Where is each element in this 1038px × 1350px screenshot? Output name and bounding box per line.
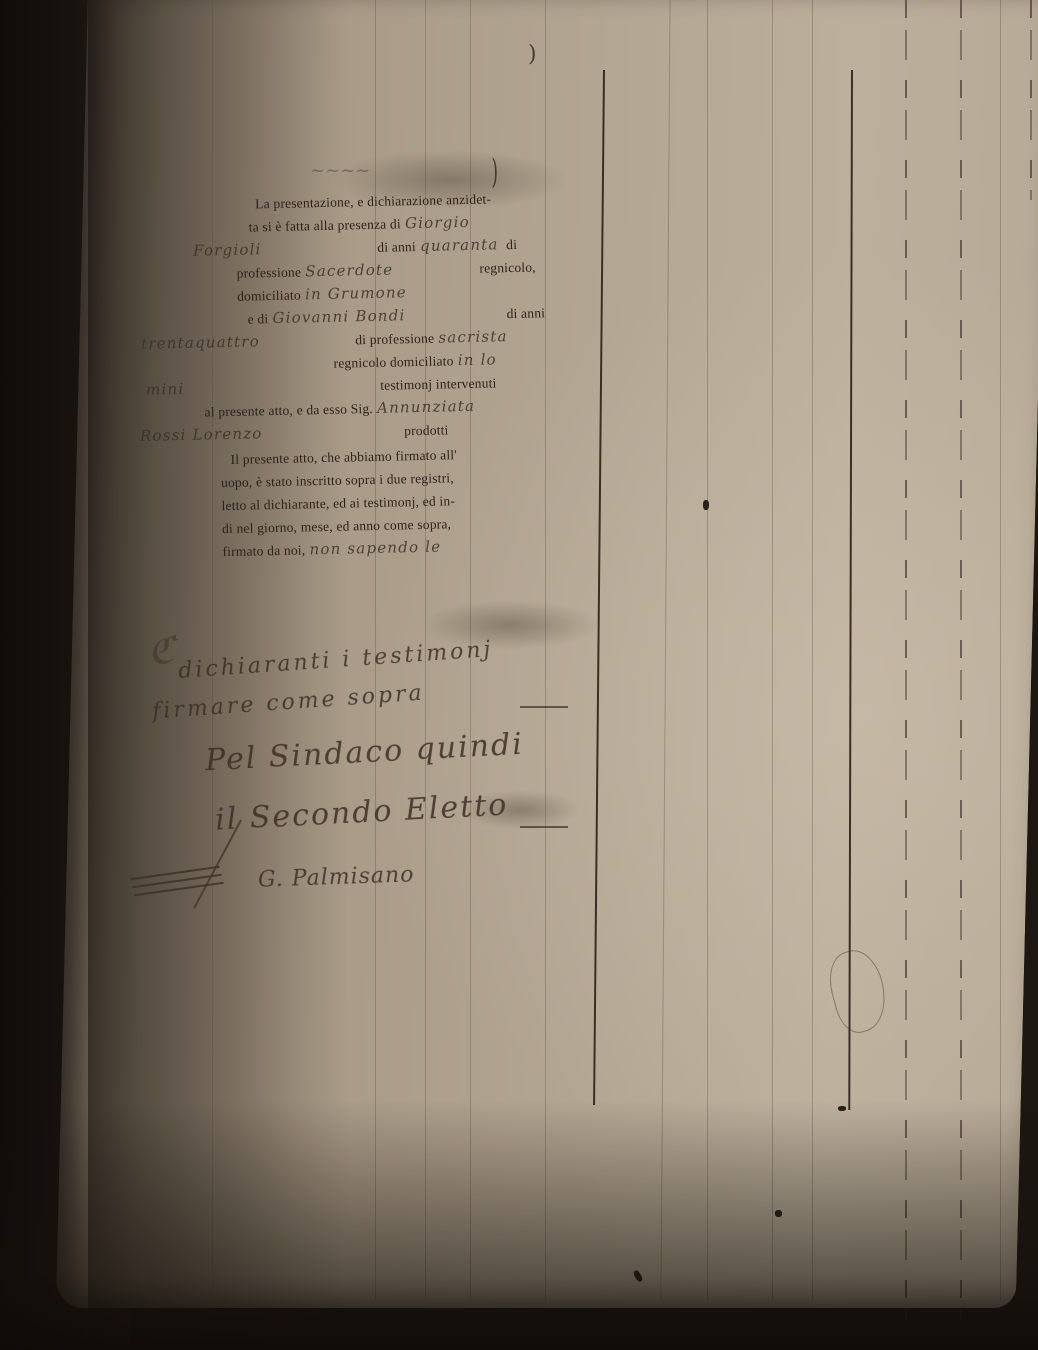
handwritten-declarant: Annunziata bbox=[377, 397, 475, 417]
printed-text: ta si è fatta alla presenza di bbox=[249, 216, 401, 234]
handwritten-witness1-first: Giorgio bbox=[405, 213, 470, 232]
printed-text: professione bbox=[237, 264, 302, 280]
printed-text: prodotti bbox=[404, 422, 449, 438]
printed-text: di anni bbox=[377, 239, 416, 255]
printed-text: regnicolo, bbox=[479, 260, 536, 276]
registry-form: La presentazione, e dichiarazione anzide… bbox=[130, 185, 598, 565]
printed-text: al presente atto, e da esso Sig. bbox=[204, 401, 373, 420]
dashed-ruled-line bbox=[1030, 0, 1032, 200]
ruled-line bbox=[812, 0, 813, 1300]
ruled-line bbox=[707, 0, 708, 1300]
ink-speck bbox=[775, 1210, 782, 1217]
handwritten-witness2-domicile: in lo bbox=[458, 350, 497, 369]
printed-text: La presentazione, e dichiarazione anzide… bbox=[255, 191, 491, 211]
ruled-line bbox=[772, 0, 773, 1300]
printed-text: di anni bbox=[506, 305, 545, 321]
printed-text: e di bbox=[247, 311, 268, 326]
printed-text: letto al dichiarante, ed ai testimonj, e… bbox=[221, 493, 455, 513]
document-photo: ) ) ~~~~ La presentazione, e dichiarazio… bbox=[0, 0, 1038, 1350]
top-scrawl: ~~~~ bbox=[310, 160, 370, 181]
dashed-ruled-line bbox=[905, 0, 907, 1320]
printed-text: di bbox=[506, 237, 517, 252]
flourish-mark: ℭ bbox=[148, 628, 175, 672]
printed-text: domiciliato bbox=[237, 287, 301, 303]
handwritten-witness1-domicile: in Grumone bbox=[305, 283, 407, 303]
handwritten-witness1-age: quaranta bbox=[420, 233, 502, 258]
ruled-line bbox=[1000, 0, 1001, 1300]
ink-speck bbox=[703, 500, 709, 510]
handwritten-declarant-detail: Rossi Lorenzo bbox=[140, 419, 400, 447]
printed-text: di professione bbox=[355, 331, 434, 348]
ink-speck bbox=[838, 1106, 846, 1111]
dashed-ruled-line bbox=[960, 0, 962, 1320]
dash-mark bbox=[520, 826, 568, 828]
printed-text: regnicolo domiciliato bbox=[333, 353, 453, 371]
printed-text: firmato da noi, bbox=[222, 542, 305, 559]
handwritten-witness2-profession: sacrista bbox=[438, 327, 508, 346]
dash-mark bbox=[520, 706, 568, 708]
printed-text: Il presente atto, che abbiamo firmato al… bbox=[230, 447, 457, 467]
handwritten-closing-note: non sapendo le bbox=[309, 538, 441, 559]
bracket-mark: ) bbox=[491, 152, 498, 192]
printed-text: di nel giorno, mese, ed anno come sopra, bbox=[222, 516, 451, 536]
top-bracket-mark: ) bbox=[528, 42, 537, 67]
printed-text: uopo, è stato inscritto sopra i due regi… bbox=[221, 470, 454, 490]
printed-text: testimonj intervenuti bbox=[380, 375, 497, 392]
